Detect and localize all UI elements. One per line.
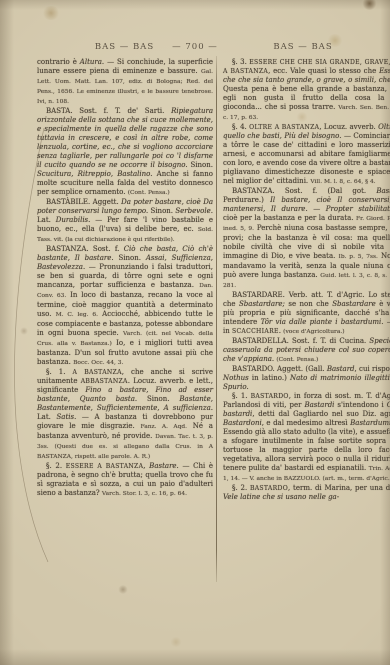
dictionary-paragraph: contrario è Altura. — Si conchiude, la s…: [37, 58, 213, 107]
dictionary-paragraph: BASTANZA. Sost. f. Ciò che basta, Ciò ch…: [37, 245, 213, 368]
text-column-left: contrario è Altura. — Si conchiude, la s…: [37, 58, 213, 499]
dictionary-paragraph: §. 1. BASTARDO, in forza di sost. m. T. …: [223, 392, 390, 484]
dictionary-paragraph: §. 3. ESSERE CHE CHE SIA GRANDE, GRAVE, …: [223, 58, 390, 123]
dictionary-paragraph: §. 4. OLTRE A BASTANZA, Locuz. avverb. O…: [223, 123, 390, 187]
dictionary-paragraph: BASTARDELLA. Sost. f. T. di Cucina. Spec…: [223, 337, 390, 365]
foxing-spot: [42, 6, 60, 20]
scanned-book-page: BAS — BAS — 700 — BAS — BAS contrario è …: [0, 0, 390, 665]
dictionary-paragraph: BASTARDARE. Verb. att. T. d'Agric. Lo st…: [223, 291, 390, 337]
text-column-right: §. 3. ESSERE CHE CHE SIA GRANDE, GRAVE, …: [223, 58, 390, 502]
running-title-right: BAS — BAS: [223, 42, 383, 52]
dictionary-paragraph: §. 2. ESSERE A BASTANZA, Bastare. — Chi …: [37, 462, 213, 499]
foxing-spot: [362, 0, 377, 10]
foxing-spot: [20, 327, 28, 335]
column-divider-rule: [216, 56, 217, 582]
dictionary-paragraph: §. 2. BASTARDO, term. di Marina, per una…: [223, 484, 390, 502]
dictionary-paragraph: §. 1. A BASTANZA, che anche si scrive un…: [37, 368, 213, 462]
dictionary-paragraph: BASTA. Sost. f. T. de' Sarti. Ripiegatur…: [37, 107, 213, 198]
foxing-spot: [118, 585, 128, 594]
dictionary-paragraph: BASTÀBILE. Aggett. Da poter bastare, cio…: [37, 198, 213, 245]
dictionary-paragraph: BASTARDO. Aggett. (Gall. Bastard, cui ri…: [223, 365, 390, 392]
page-header: BAS — BAS — 700 — BAS — BAS: [0, 42, 390, 54]
dictionary-paragraph: BASTANZA. Sost. f. (Dal got. Bastan, Per…: [223, 187, 390, 291]
foxing-spot: [170, 637, 182, 647]
